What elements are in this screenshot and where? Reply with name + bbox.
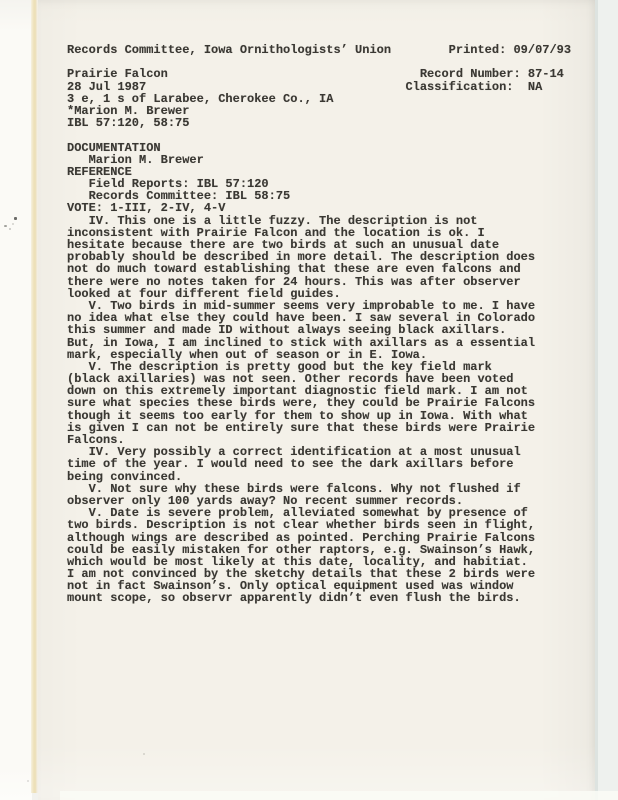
text-line: though it seems too early for them to sh… <box>67 410 577 422</box>
text-line: time of the year. I would need to see th… <box>67 458 577 470</box>
text-line: sure what species these birds were, they… <box>67 397 577 409</box>
text-line: there were no notes taken for 24 hours. … <box>67 276 577 288</box>
text-line: IBL 57:120, 58:75 <box>67 117 577 129</box>
scan-speck <box>4 225 7 227</box>
text-line: although wings are described as pointed.… <box>67 532 577 544</box>
text-line <box>67 129 577 141</box>
text-line: is given I can not be entirely sure that… <box>67 422 577 434</box>
scan-left-margin <box>0 0 32 800</box>
text-line: But, in Iowa, I am inclined to stick wit… <box>67 337 577 349</box>
text-line: Prairie Falcon Record Number: 87-14 <box>67 68 577 80</box>
text-line: Marion M. Brewer <box>67 154 577 166</box>
text-line: not do much toward establishing that the… <box>67 263 577 275</box>
text-line: IV. This one is a little fuzzy. The desc… <box>67 215 577 227</box>
scan-right-margin <box>598 0 618 800</box>
text-line: Records Committee, Iowa Ornithologists’ … <box>67 44 577 56</box>
text-line: being convinced. <box>67 471 577 483</box>
text-line: this summer and made ID without always s… <box>67 324 577 336</box>
text-line: DOCUMENTATION <box>67 142 577 154</box>
scan-speck <box>27 780 29 782</box>
scan-speck <box>12 223 14 225</box>
paper-left-edge <box>31 0 38 793</box>
scan-speck <box>143 753 145 755</box>
text-line: 28 Jul 1987 Classification: NA <box>67 81 577 93</box>
scan-speck <box>9 228 11 230</box>
text-line: VOTE: 1-III, 2-IV, 4-V <box>67 202 577 214</box>
scan-bottom-edge <box>60 791 618 800</box>
text-line: two birds. Description is not clear whet… <box>67 519 577 531</box>
text-line: mount scope, so observr apparently didn’… <box>67 592 577 604</box>
typewritten-text: Records Committee, Iowa Ornithologists’ … <box>67 44 577 605</box>
scan-speck <box>14 217 17 220</box>
